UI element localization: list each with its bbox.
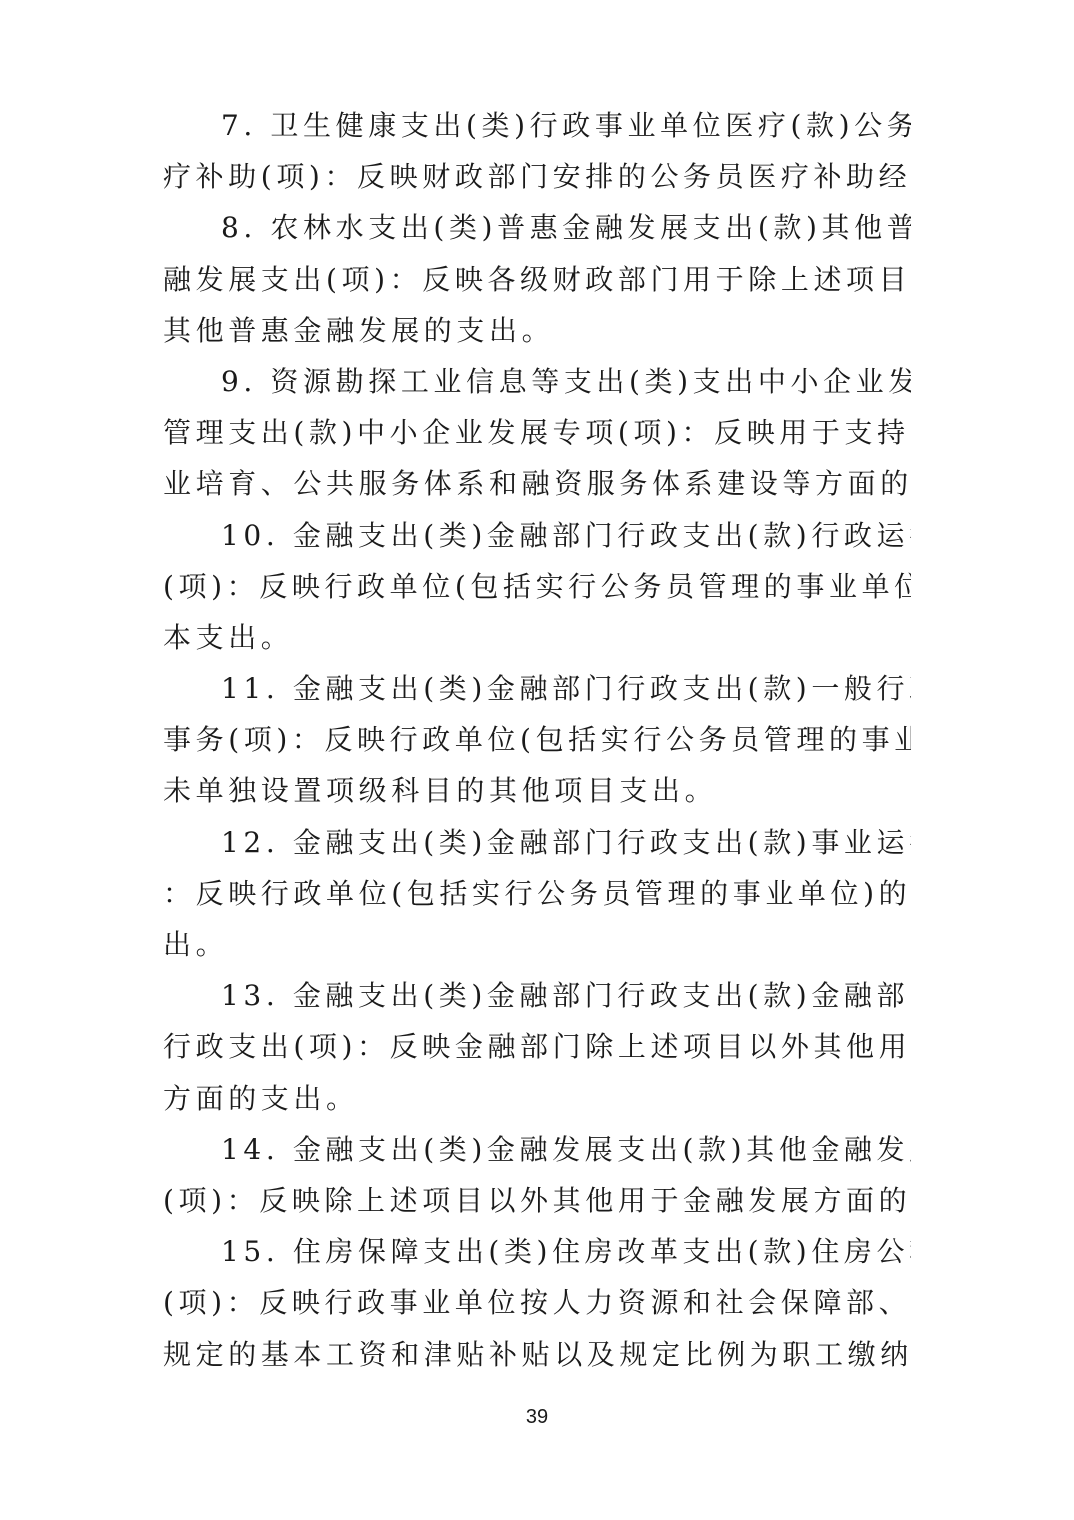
paragraph-15: 15. 住房保障支出(类)住房改革支出(款)住房公积金 (项)：反映行政事业单位… bbox=[163, 1226, 911, 1380]
paragraph-line: (项)：反映行政单位(包括实行公务员管理的事业单位)的基 bbox=[163, 561, 911, 612]
paragraph-line: 规定的基本工资和津贴补贴以及规定比例为职工缴纳的住 bbox=[163, 1329, 911, 1380]
paragraph-line: 14. 金融支出(类)金融发展支出(款)其他金融发展支出 bbox=[163, 1124, 911, 1175]
paragraph-line: 融发展支出(项)：反映各级财政部门用于除上述项目以外的 bbox=[163, 254, 911, 305]
paragraph-14: 14. 金融支出(类)金融发展支出(款)其他金融发展支出 (项)：反映除上述项目… bbox=[163, 1124, 911, 1226]
paragraph-line: 事务(项)：反映行政单位(包括实行公务员管理的事业单位) bbox=[163, 714, 911, 765]
paragraph-8: 8. 农林水支出(类)普惠金融发展支出(款)其他普惠金 融发展支出(项)：反映各… bbox=[163, 202, 911, 356]
page-number: 39 bbox=[0, 1406, 1074, 1429]
paragraph-line: 行政支出(项)：反映金融部门除上述项目以外其他用于行政 bbox=[163, 1021, 911, 1072]
paragraph-9: 9. 资源勘探工业信息等支出(类)支出中小企业发展和 管理支出(款)中小企业发展… bbox=[163, 356, 911, 510]
paragraph-11: 11. 金融支出(类)金融部门行政支出(款)一般行政管理 事务(项)：反映行政单… bbox=[163, 663, 911, 817]
paragraph-line: 疗补助(项)：反映财政部门安排的公务员医疗补助经费。 bbox=[163, 151, 911, 202]
paragraph-13: 13. 金融支出(类)金融部门行政支出(款)金融部门其他 行政支出(项)：反映金… bbox=[163, 970, 911, 1124]
paragraph-line: (项)：反映行政事业单位按人力资源和社会保障部、财政部 bbox=[163, 1277, 911, 1328]
paragraph-line: 业培育、公共服务体系和融资服务体系建设等方面的支出。 bbox=[163, 458, 911, 509]
paragraph-line: ：反映行政单位(包括实行公务员管理的事业单位)的基本支 bbox=[163, 868, 911, 919]
paragraph-line: 其他普惠金融发展的支出。 bbox=[163, 305, 911, 356]
paragraph-7: 7. 卫生健康支出(类)行政事业单位医疗(款)公务员医 疗补助(项)：反映财政部… bbox=[163, 100, 911, 202]
paragraph-line: 7. 卫生健康支出(类)行政事业单位医疗(款)公务员医 bbox=[163, 100, 911, 151]
paragraph-line: (项)：反映除上述项目以外其他用于金融发展方面的支出。 bbox=[163, 1175, 911, 1226]
paragraph-line: 12. 金融支出(类)金融部门行政支出(款)事业运行(项) bbox=[163, 817, 911, 868]
document-page: 7. 卫生健康支出(类)行政事业单位医疗(款)公务员医 疗补助(项)：反映财政部… bbox=[0, 0, 1074, 1520]
paragraph-12: 12. 金融支出(类)金融部门行政支出(款)事业运行(项) ：反映行政单位(包括… bbox=[163, 817, 911, 971]
paragraph-10: 10. 金融支出(类)金融部门行政支出(款)行政运行 (项)：反映行政单位(包括… bbox=[163, 510, 911, 664]
paragraph-line: 本支出。 bbox=[163, 612, 911, 663]
paragraph-line: 11. 金融支出(类)金融部门行政支出(款)一般行政管理 bbox=[163, 663, 911, 714]
paragraph-line: 9. 资源勘探工业信息等支出(类)支出中小企业发展和 bbox=[163, 356, 911, 407]
paragraph-line: 13. 金融支出(类)金融部门行政支出(款)金融部门其他 bbox=[163, 970, 911, 1021]
document-body: 7. 卫生健康支出(类)行政事业单位医疗(款)公务员医 疗补助(项)：反映财政部… bbox=[163, 100, 911, 1380]
paragraph-line: 未单独设置项级科目的其他项目支出。 bbox=[163, 765, 911, 816]
paragraph-line: 8. 农林水支出(类)普惠金融发展支出(款)其他普惠金 bbox=[163, 202, 911, 253]
paragraph-line: 15. 住房保障支出(类)住房改革支出(款)住房公积金 bbox=[163, 1226, 911, 1277]
paragraph-line: 方面的支出。 bbox=[163, 1073, 911, 1124]
paragraph-line: 出。 bbox=[163, 919, 911, 970]
paragraph-line: 管理支出(款)中小企业发展专项(项)：反映用于支持中小企 bbox=[163, 407, 911, 458]
paragraph-line: 10. 金融支出(类)金融部门行政支出(款)行政运行 bbox=[163, 510, 911, 561]
